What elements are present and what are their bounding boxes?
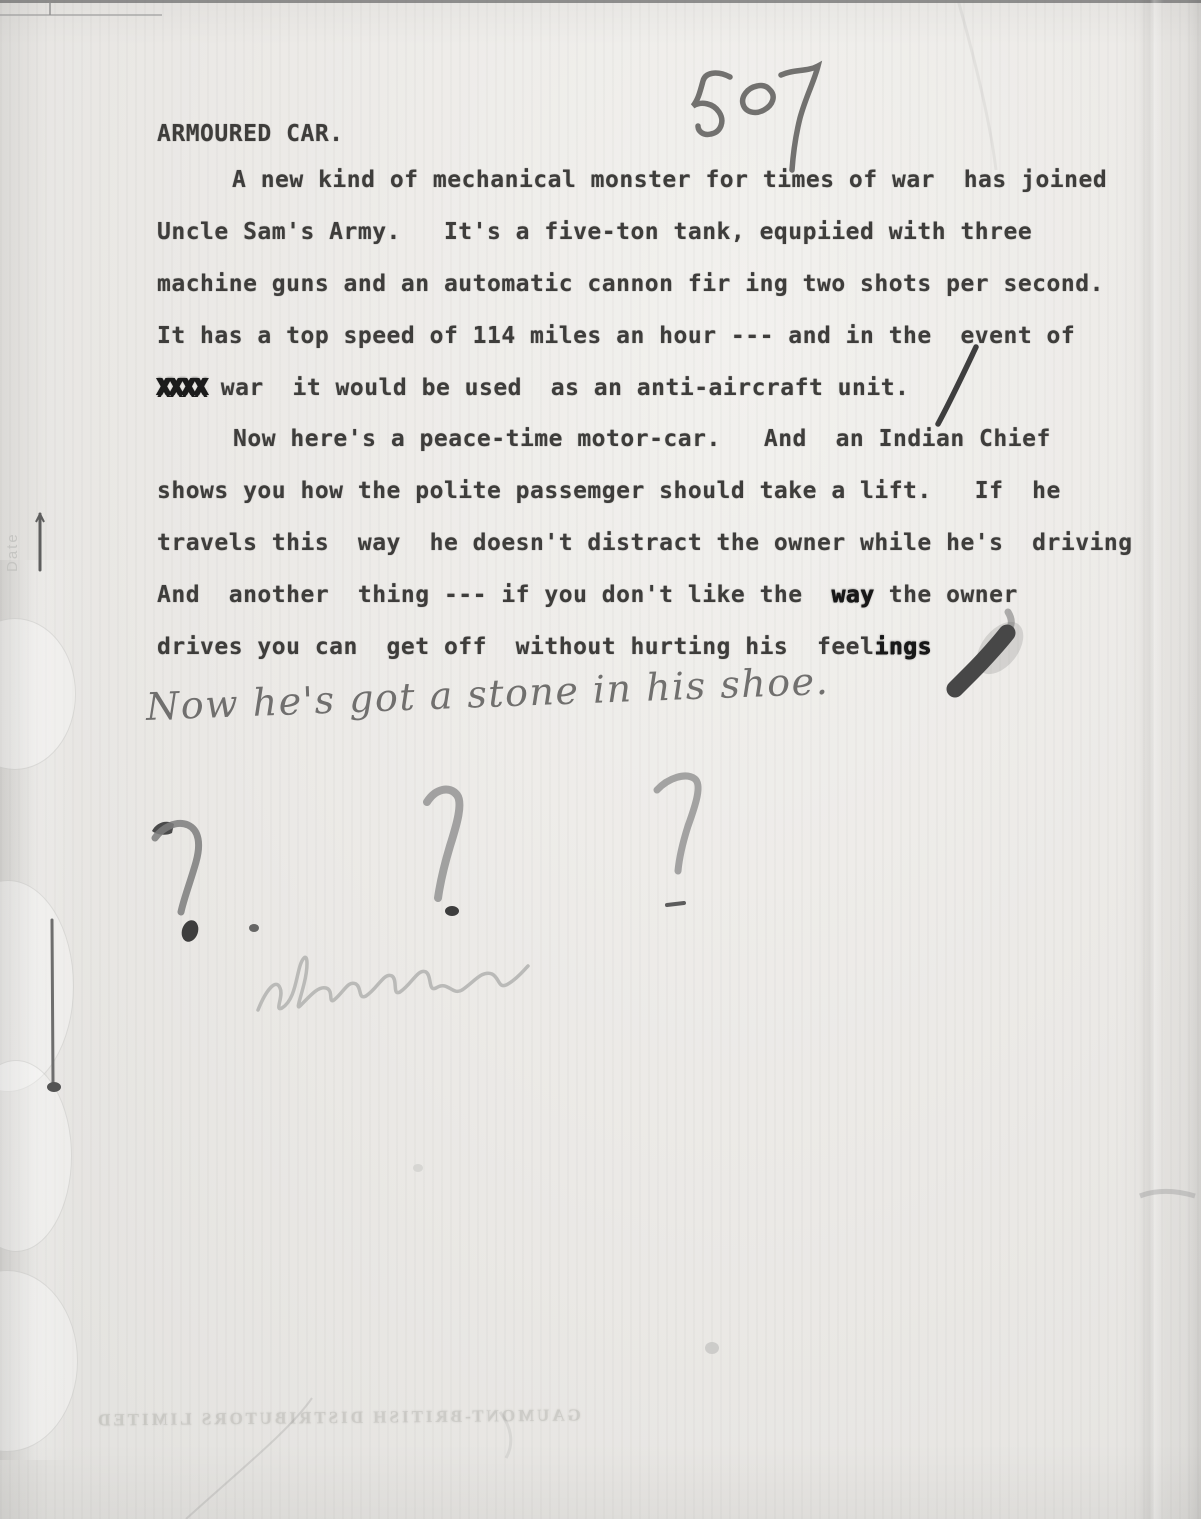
typed-line-text: war it would be used as an anti-aircraft…: [206, 375, 909, 401]
typed-line: It has a top speed of 114 miles an hour …: [157, 322, 1075, 350]
scan-edge-artifact: [0, 0, 1201, 3]
bleedthrough-mirrored-text: GAUMONT-BRITISH DISTRIBUTORS LIMITED: [95, 1403, 581, 1432]
typed-line: machine guns and an automatic cannon fir…: [157, 270, 1104, 298]
scanned-document-page: Date ARMOURED CAR. A new kind of mechani…: [0, 0, 1201, 1519]
typed-line: travels this way he doesn't distract the…: [157, 529, 1133, 557]
typed-line: drives you can get off without hurting h…: [157, 633, 932, 661]
ink-blot: [955, 612, 1033, 689]
typed-line: XXXX war it would be used as an anti-air…: [157, 374, 909, 402]
typed-line: shows you how the polite passemger shoul…: [157, 477, 1061, 505]
question-mark-drawing: [657, 776, 698, 905]
scan-edge-artifact: [49, 2, 51, 15]
pencil-scrawl-illegible: [258, 957, 528, 1010]
typed-overtyped-word: way: [831, 582, 874, 608]
question-mark-drawing: [427, 790, 459, 916]
handwritten-note-line: Now he's got a stone in his shoe.: [145, 658, 830, 730]
typed-line-text: drives you can get off without hurting h…: [157, 634, 874, 660]
handwritten-slash-mark: [938, 347, 976, 424]
typed-line: A new kind of mechanical monster for tim…: [232, 166, 1107, 194]
typed-struck-word: XXXX: [157, 375, 206, 401]
typed-line: Now here's a peace-time motor-car. And a…: [233, 425, 1051, 453]
scan-edge-artifact: [0, 14, 162, 16]
typed-line-text: And another thing --- if you don't like …: [157, 582, 831, 608]
paper-crease: [1186, 0, 1201, 1519]
paper-crease: [1138, 0, 1164, 1519]
date-stamp-label: Date: [4, 532, 21, 572]
page-title: ARMOURED CAR.: [157, 120, 344, 148]
typed-line: Uncle Sam's Army. It's a five-ton tank, …: [157, 218, 1032, 246]
typed-line: And another thing --- if you don't like …: [157, 581, 1018, 609]
handwritten-page-number: [693, 66, 818, 170]
question-mark-drawing: [152, 822, 259, 944]
typed-overtyped-word: ings: [874, 634, 931, 660]
typed-line-text: the owner: [874, 582, 1017, 608]
